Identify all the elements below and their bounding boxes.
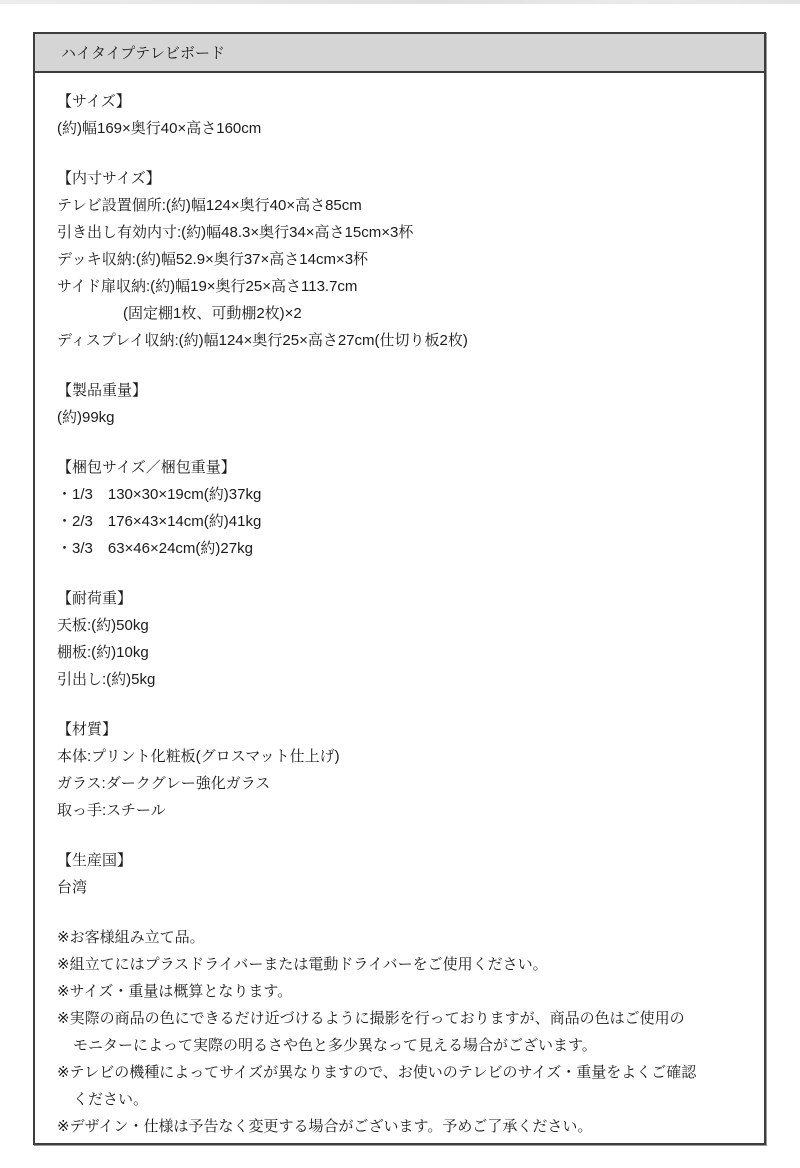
- note-line: ※組立てにはプラスドライバーまたは電動ドライバーをご使用ください。: [57, 951, 742, 978]
- note-line: ※お客様組み立て品。: [57, 924, 742, 951]
- section-heading: 【梱包サイズ／梱包重量】: [57, 454, 742, 481]
- section-product-weight: 【製品重量】 (約)99kg: [57, 377, 742, 431]
- spec-line: 本体:プリント化粧板(グロスマット仕上げ): [57, 743, 742, 770]
- spec-line: 天板:(約)50kg: [57, 612, 742, 639]
- section-load-capacity: 【耐荷重】 天板:(約)50kg 棚板:(約)10kg 引出し:(約)5kg: [57, 585, 742, 693]
- panel-body: 【サイズ】 (約)幅169×奥行40×高さ160cm 【内寸サイズ】 テレビ設置…: [35, 73, 764, 1140]
- spec-line: (約)99kg: [57, 404, 742, 431]
- spec-line: 引出し:(約)5kg: [57, 666, 742, 693]
- spec-line: ・3/3 63×46×24cm(約)27kg: [57, 535, 742, 562]
- section-heading: 【生産国】: [57, 847, 742, 874]
- section-material: 【材質】 本体:プリント化粧板(グロスマット仕上げ) ガラス:ダークグレー強化ガ…: [57, 716, 742, 824]
- spec-line: 台湾: [57, 874, 742, 901]
- spec-line: ガラス:ダークグレー強化ガラス: [57, 770, 742, 797]
- spec-line: サイド扉収納:(約)幅19×奥行25×高さ113.7cm: [57, 273, 742, 300]
- spec-line: 取っ手:スチール: [57, 797, 742, 824]
- section-heading: 【製品重量】: [57, 377, 742, 404]
- spec-line: 棚板:(約)10kg: [57, 639, 742, 666]
- spec-line: ディスプレイ収納:(約)幅124×奥行25×高さ27cm(仕切り板2枚): [57, 327, 742, 354]
- spec-line-continuation: (固定棚1枚、可動棚2枚)×2: [57, 300, 742, 327]
- spec-line: テレビ設置個所:(約)幅124×奥行40×高さ85cm: [57, 192, 742, 219]
- note-line: ※実際の商品の色にできるだけ近づけるように撮影を行っておりますが、商品の色はご使…: [57, 1005, 742, 1032]
- section-inner-size: 【内寸サイズ】 テレビ設置個所:(約)幅124×奥行40×高さ85cm 引き出し…: [57, 165, 742, 354]
- spec-line: (約)幅169×奥行40×高さ160cm: [57, 115, 742, 142]
- spec-line: ・2/3 176×43×14cm(約)41kg: [57, 508, 742, 535]
- section-heading: 【内寸サイズ】: [57, 165, 742, 192]
- cropped-top-edge: [0, 0, 800, 4]
- section-heading: 【耐荷重】: [57, 585, 742, 612]
- note-line: ※サイズ・重量は概算となります。: [57, 978, 742, 1005]
- section-size: 【サイズ】 (約)幅169×奥行40×高さ160cm: [57, 88, 742, 142]
- section-heading: 【サイズ】: [57, 88, 742, 115]
- spec-line: ・1/3 130×30×19cm(約)37kg: [57, 481, 742, 508]
- section-package: 【梱包サイズ／梱包重量】 ・1/3 130×30×19cm(約)37kg ・2/…: [57, 454, 742, 562]
- section-country: 【生産国】 台湾: [57, 847, 742, 901]
- notes-block: ※お客様組み立て品。 ※組立てにはプラスドライバーまたは電動ドライバーをご使用く…: [57, 924, 742, 1140]
- panel-header: ハイタイプテレビボード: [35, 34, 764, 73]
- note-line: ※テレビの機種によってサイズが異なりますので、お使いのテレビのサイズ・重量をよく…: [57, 1059, 742, 1086]
- spec-line: デッキ収納:(約)幅52.9×奥行37×高さ14cm×3杯: [57, 246, 742, 273]
- section-heading: 【材質】: [57, 716, 742, 743]
- note-line: ※デザイン・仕様は予告なく変更する場合がございます。予めご了承ください。: [57, 1113, 742, 1140]
- note-line-continuation: ください。: [57, 1086, 742, 1113]
- spec-line: 引き出し有効内寸:(約)幅48.3×奥行34×高さ15cm×3杯: [57, 219, 742, 246]
- product-spec-panel: ハイタイプテレビボード 【サイズ】 (約)幅169×奥行40×高さ160cm 【…: [33, 32, 766, 1145]
- note-line-continuation: モニターによって実際の明るさや色と多少異なって見える場合がございます。: [57, 1032, 742, 1059]
- panel-title: ハイタイプテレビボード: [61, 42, 225, 63]
